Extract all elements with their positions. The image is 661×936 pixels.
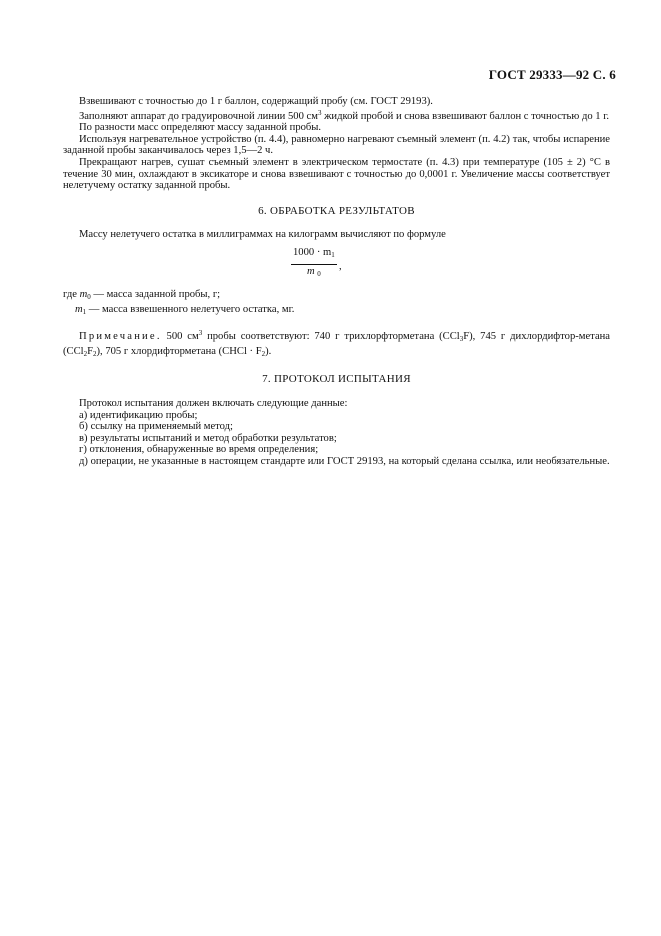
paragraph-heating: Используя нагревательное устройство (п. …: [63, 134, 610, 157]
document-body: Взвешивают с точностью до 1 г баллон, со…: [63, 96, 610, 467]
where-prefix: где: [63, 289, 77, 300]
list-item: в) результаты испытаний и метод обработк…: [63, 433, 610, 445]
numerator-text: 1000 · m: [293, 247, 331, 258]
formula-numerator: 1000 · m1: [291, 247, 337, 265]
denominator-text: m: [307, 266, 315, 277]
superscript: 3: [318, 109, 322, 117]
paragraph-fill-apparatus: Заполняют аппарат до градуировочной лини…: [63, 108, 610, 123]
fill-text-a: Заполняют аппарат до градуировочной лини…: [79, 111, 318, 122]
section-title-protocol: 7. ПРОТОКОЛ ИСПЫТАНИЯ: [63, 374, 610, 386]
section-title-results: 6. ОБРАБОТКА РЕЗУЛЬТАТОВ: [63, 206, 610, 218]
where-text: — масса заданной пробы, г;: [91, 289, 220, 300]
note: Примечание. 500 см3 пробы соответствуют:…: [63, 328, 610, 360]
where-text: — масса взвешенного нелетучего остатка, …: [86, 304, 294, 315]
where-m0: где m0 — масса заданной пробы, г;: [63, 289, 610, 304]
paragraph-protocol-intro: Протокол испытания должен включать следу…: [63, 398, 610, 410]
note-text: ).: [265, 346, 271, 357]
list-item: б) ссылку на применяемый метод;: [63, 421, 610, 433]
paragraph-formula-intro: Массу нелетучего остатка в миллиграммах …: [63, 229, 610, 241]
note-text: ), 705 г хлордифторметана (CHCl · F: [97, 346, 262, 357]
note-label: Примечание.: [79, 331, 162, 342]
subscript: 0: [317, 270, 321, 278]
fraction: 1000 · m1 m 0: [291, 247, 337, 280]
page-header: ГОСТ 29333—92 С. 6: [489, 67, 616, 83]
list-item: а) идентификацию пробы;: [63, 410, 610, 422]
paragraph-weigh-balloon: Взвешивают с точностью до 1 г баллон, со…: [63, 96, 610, 108]
note-text: 500 см: [162, 331, 199, 342]
fill-text-b: жидкой пробой и снова взвешивают баллон …: [324, 111, 609, 122]
symbol: m: [75, 304, 83, 315]
paragraph-drying: Прекращают нагрев, сушат съемный элемент…: [63, 157, 610, 192]
formula: 1000 · m1 m 0 ,: [63, 247, 610, 285]
formula-denominator: m 0: [291, 265, 337, 281]
list-item: д) операции, не указанные в настоящем ст…: [63, 456, 610, 468]
where-m1: m1 — масса взвешенного нелетучего остатк…: [63, 304, 610, 319]
subscript: 1: [331, 251, 335, 259]
paragraph-mass-difference: По разности масс определяют массу заданн…: [63, 122, 610, 134]
note-text: пробы соответствуют: 740 г трихлорфторме…: [202, 331, 460, 342]
list-item: г) отклонения, обнаруженные во время опр…: [63, 444, 610, 456]
formula-comma: ,: [339, 261, 342, 273]
